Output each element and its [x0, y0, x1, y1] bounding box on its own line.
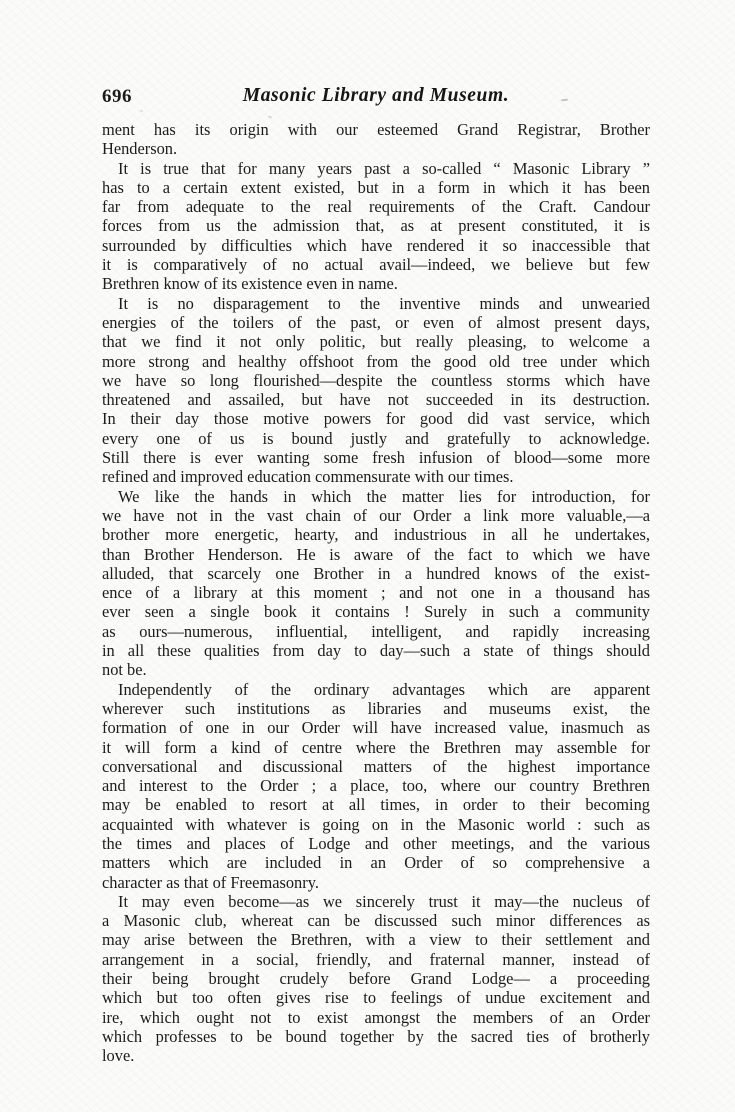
text-line: ence of a library at this moment ; and n…: [102, 583, 650, 602]
text-line: has to a certain extent existed, but in …: [102, 178, 650, 197]
page-number: 696: [102, 86, 132, 108]
text-line: in all these qualities from day to day—s…: [102, 641, 650, 660]
text-line: may be enabled to resort at all times, i…: [102, 795, 650, 814]
text-line: Brethren know of its existence even in n…: [102, 274, 650, 293]
text-line: and interest to the Order ; a place, too…: [102, 776, 650, 795]
text-line: brother more energetic, hearty, and indu…: [102, 525, 650, 544]
text-line: that we find it not only politic, but re…: [102, 332, 650, 351]
text-line: alluded, that scarcely one Brother in a …: [102, 564, 650, 583]
running-header-title: Masonic Library and Museum.: [102, 85, 650, 107]
text-line: Henderson.: [102, 139, 650, 158]
text-line: In their day those motive powers for goo…: [102, 409, 650, 428]
text-line: than Brother Henderson. He is aware of t…: [102, 545, 650, 564]
text-line: more strong and healthy offshoot from th…: [102, 352, 650, 371]
text-line: it is comparatively of no actual avail—i…: [102, 255, 650, 274]
text-line: formation of one in our Order will have …: [102, 718, 650, 737]
text-line: refined and improved education commensur…: [102, 467, 650, 486]
text-line: we have not in the vast chain of our Ord…: [102, 506, 650, 525]
text-line: which professes to be bound together by …: [102, 1027, 650, 1046]
text-line: forces from us the admission that, as at…: [102, 216, 650, 235]
text-line: ire, which ought not to exist amongst th…: [102, 1008, 650, 1027]
scanned-page: 696 Masonic Library and Museum. ment has…: [0, 0, 735, 1112]
scan-speck: [140, 110, 143, 112]
text-line: It is true that for many years past a so…: [102, 159, 650, 178]
page-header: 696 Masonic Library and Museum.: [102, 85, 650, 109]
text-line: Independently of the ordinary advantages…: [102, 680, 650, 699]
text-line: surrounded by difficulties which have re…: [102, 236, 650, 255]
text-line: as ours—numerous, influential, intellige…: [102, 622, 650, 641]
text-line: We like the hands in which the matter li…: [102, 487, 650, 506]
text-line: which but too often gives rise to feelin…: [102, 988, 650, 1007]
text-line: threatened and assailed, but have not su…: [102, 390, 650, 409]
text-line: acquainted with whatever is going on in …: [102, 815, 650, 834]
text-line: It may even become—as we sincerely trust…: [102, 892, 650, 911]
text-line: arrangement in a social, friendly, and f…: [102, 950, 650, 969]
text-line: It is no disparagement to the inventive …: [102, 294, 650, 313]
article-body: ment has its origin with our esteemed Gr…: [102, 120, 650, 1066]
text-line: a Masonic club, whereat can be discussed…: [102, 911, 650, 930]
text-line: energies of the toilers of the past, or …: [102, 313, 650, 332]
scan-speck: [268, 115, 272, 118]
text-line: matters which are included in an Order o…: [102, 853, 650, 872]
text-line: not be.: [102, 660, 650, 679]
text-line: it will form a kind of centre where the …: [102, 738, 650, 757]
text-line: love.: [102, 1046, 650, 1065]
text-line: we have so long flourished—despite the c…: [102, 371, 650, 390]
text-line: ever seen a single book it contains ! Su…: [102, 602, 650, 621]
text-line: their being brought crudely before Grand…: [102, 969, 650, 988]
text-line: Still there is ever wanting some fresh i…: [102, 448, 650, 467]
text-line: far from adequate to the real requiremen…: [102, 197, 650, 216]
text-line: ment has its origin with our esteemed Gr…: [102, 120, 650, 139]
text-line: may arise between the Brethren, with a v…: [102, 930, 650, 949]
text-line: the times and places of Lodge and other …: [102, 834, 650, 853]
text-line: wherever such institutions as libraries …: [102, 699, 650, 718]
text-line: every one of us is bound justly and grat…: [102, 429, 650, 448]
text-line: character as that of Freemasonry.: [102, 873, 650, 892]
text-line: conversational and discussional matters …: [102, 757, 650, 776]
